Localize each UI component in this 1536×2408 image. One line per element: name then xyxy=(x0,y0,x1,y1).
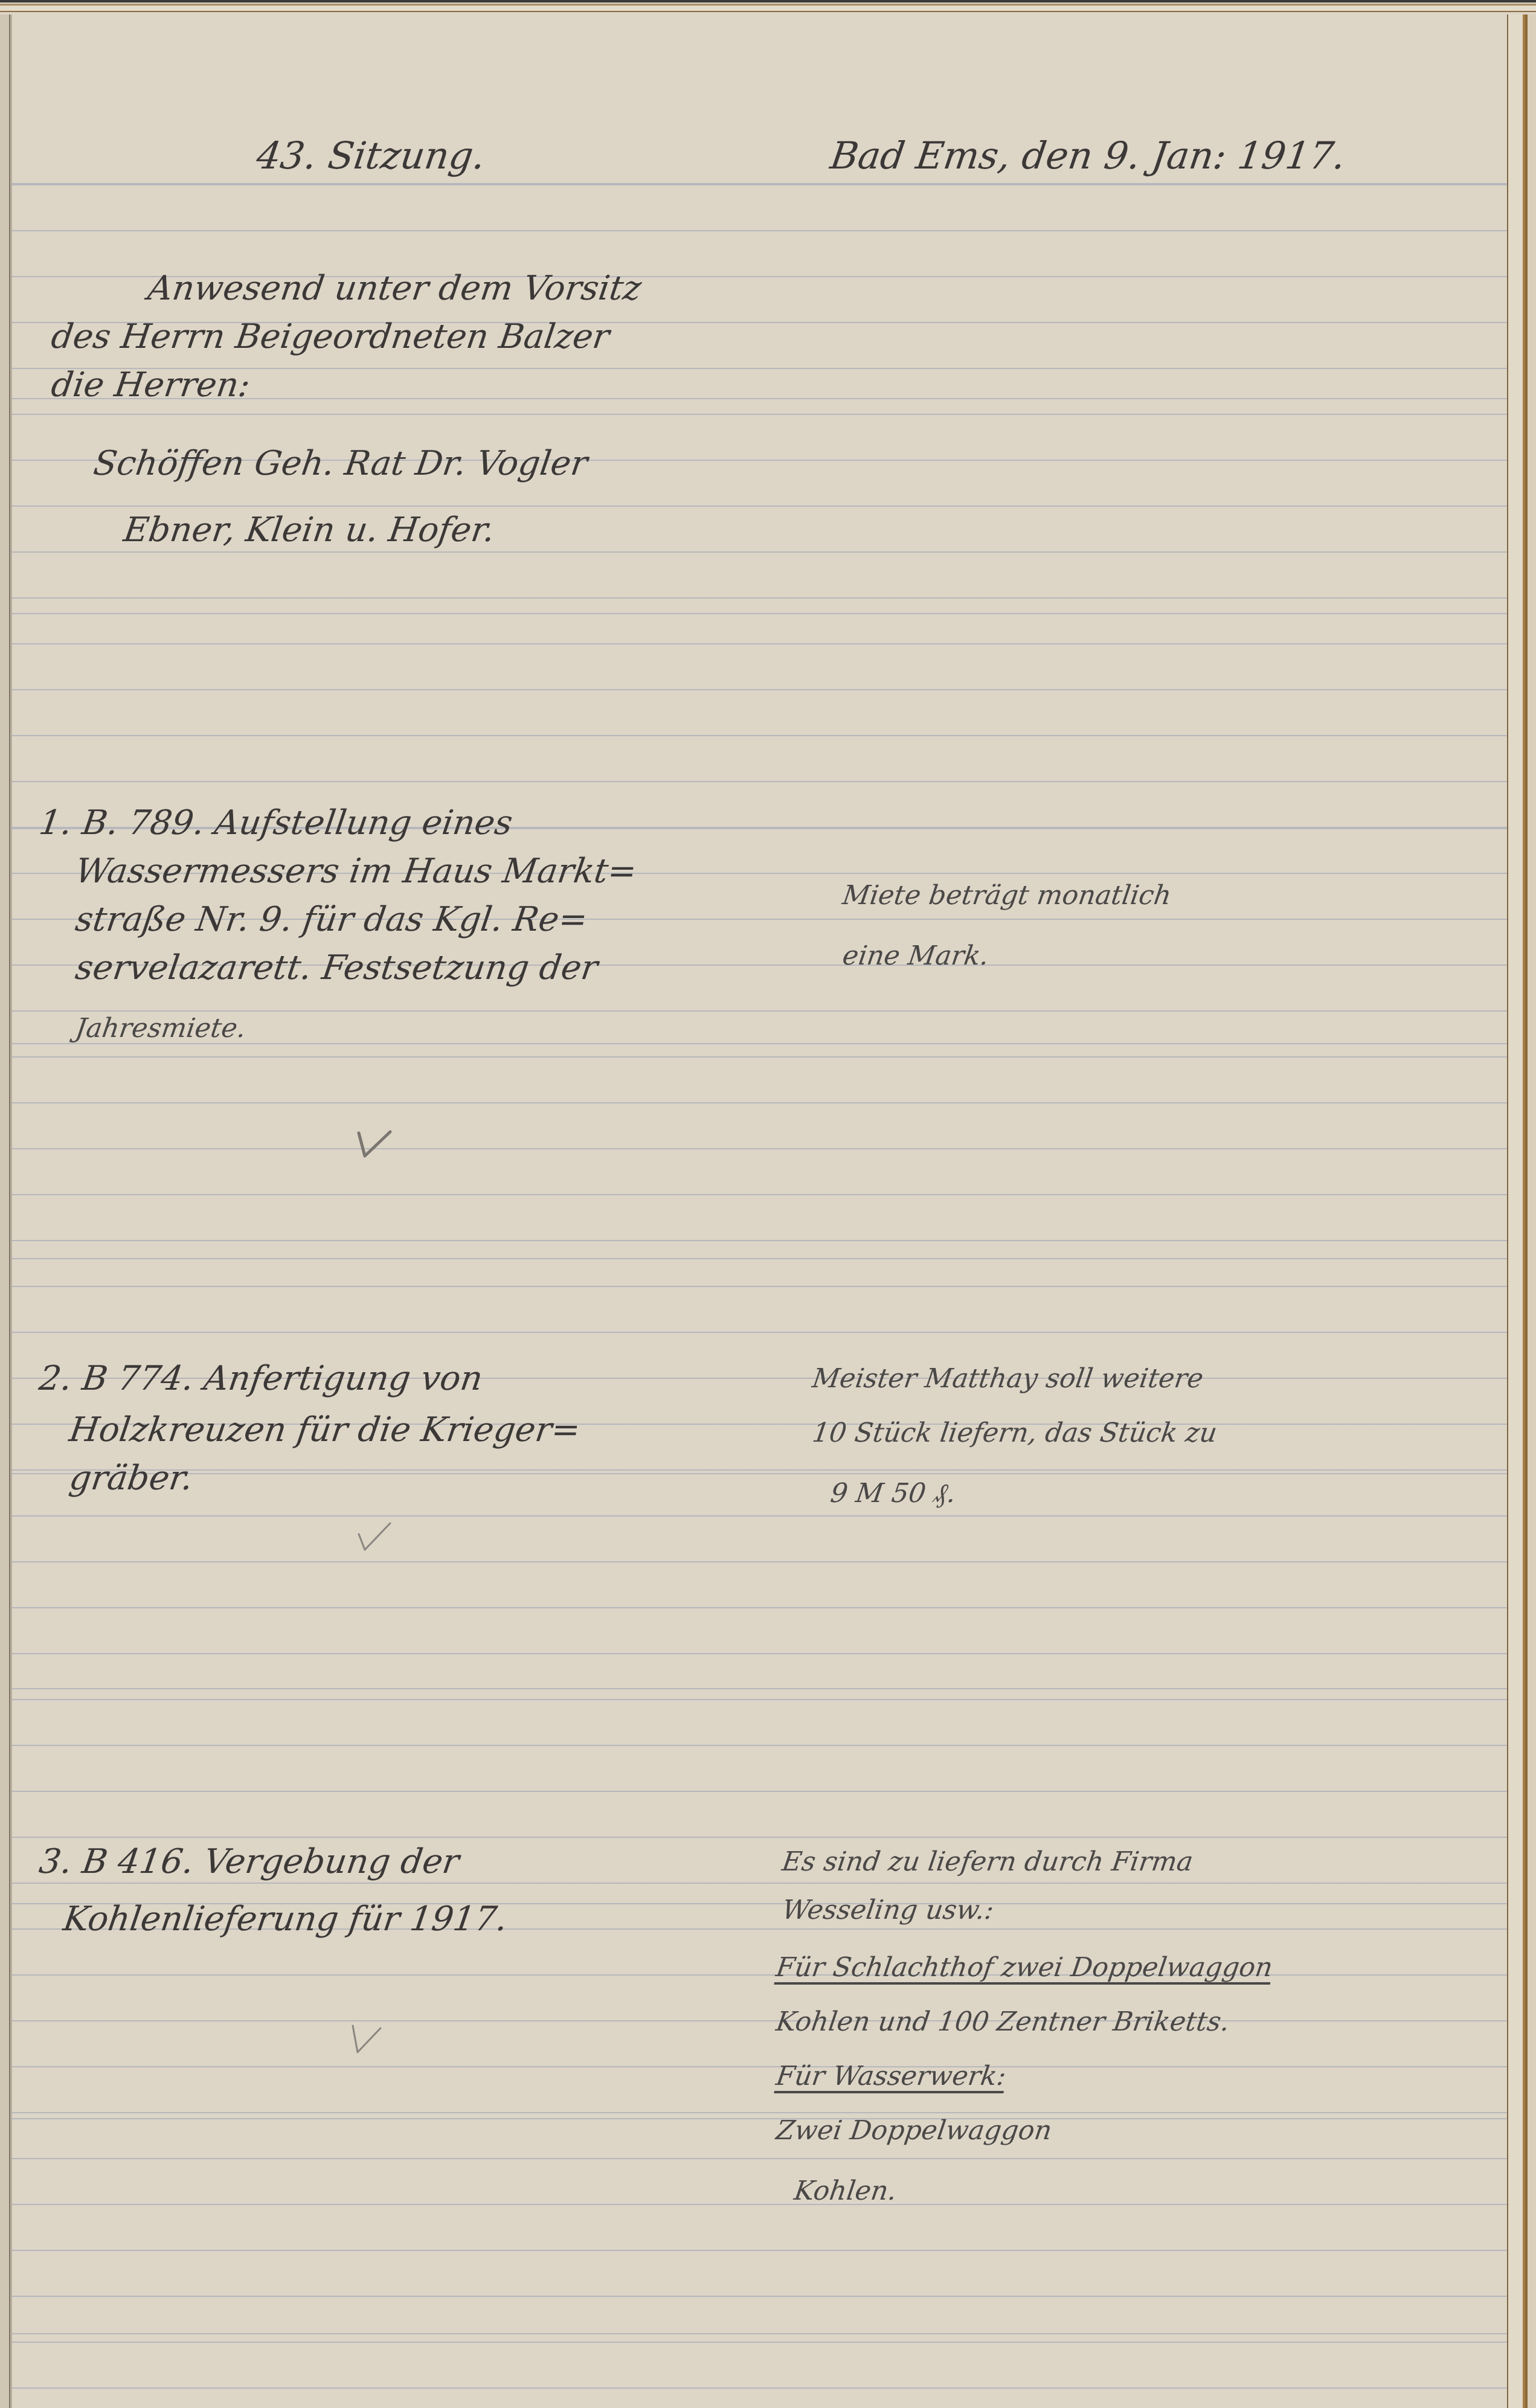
item-decision-line: Für Schlachthof zwei Doppelwaggon xyxy=(773,1945,1276,1991)
item-subject-line: Jahresmiete. xyxy=(72,1006,249,1051)
item-decision-line: 10 Stück liefern, das Stück zu xyxy=(809,1410,1220,1456)
attendance-line: Anwesend unter dem Vorsitz xyxy=(145,266,644,312)
item-decision-line: eine Mark. xyxy=(840,933,992,979)
pencil-checkmark-icon xyxy=(350,2023,387,2053)
page-stack-top-edge xyxy=(0,0,1536,14)
page-stack-right-edge xyxy=(1507,14,1536,2408)
item-decision-line: Wesseling usw.: xyxy=(779,1887,997,1933)
item-decision-line: Kohlen und 100 Zentner Briketts. xyxy=(773,1999,1233,2045)
pencil-checkmark-icon xyxy=(356,1522,393,1552)
item-subject-line: straße Nr. 9. für das Kgl. Re= xyxy=(72,897,590,943)
item-subject-line: gräber. xyxy=(66,1456,196,1501)
item-subject-line: 1. B. 789. Aufstellung eines xyxy=(36,800,515,846)
attendance-line: des Herrn Beigeordneten Balzer xyxy=(48,314,612,360)
item-subject-line: Holzkreuzen für die Krieger= xyxy=(66,1407,583,1453)
pencil-checkmark-icon xyxy=(356,1129,393,1160)
item-subject-line: Wassermessers im Haus Markt= xyxy=(72,849,640,894)
item-decision-line: Es sind zu liefern durch Firma xyxy=(779,1839,1196,1885)
item-subject-line: servelazarett. Festsetzung der xyxy=(72,945,600,991)
attendance-line: die Herren: xyxy=(48,362,253,408)
attendance-line: Schöffen Geh. Rat Dr. Vogler xyxy=(91,441,590,487)
session-number: 43. Sitzung. xyxy=(254,133,488,179)
item-decision-line: Für Wasserwerk: xyxy=(773,2053,1009,2099)
item-decision-line: Meister Matthay soll weitere xyxy=(809,1356,1206,1402)
item-subject-line: 2. B 774. Anfertigung von xyxy=(36,1356,486,1402)
item-decision-line: Kohlen. xyxy=(791,2168,900,2214)
previous-page-edge xyxy=(0,14,12,2408)
item-subject-line: Kohlenlieferung für 1917. xyxy=(60,1896,510,1942)
attendance-line: Ebner, Klein u. Hofer. xyxy=(121,507,498,553)
item-subject-line: 3. B 416. Vergebung der xyxy=(36,1839,462,1885)
place-date: Bad Ems, den 9. Jan: 1917. xyxy=(827,133,1349,179)
item-decision-line: Miete beträgt monatlich xyxy=(840,873,1174,919)
item-decision-line: Zwei Doppelwaggon xyxy=(773,2108,1055,2154)
item-decision-line: 9 M 50 ₰. xyxy=(827,1471,959,1517)
